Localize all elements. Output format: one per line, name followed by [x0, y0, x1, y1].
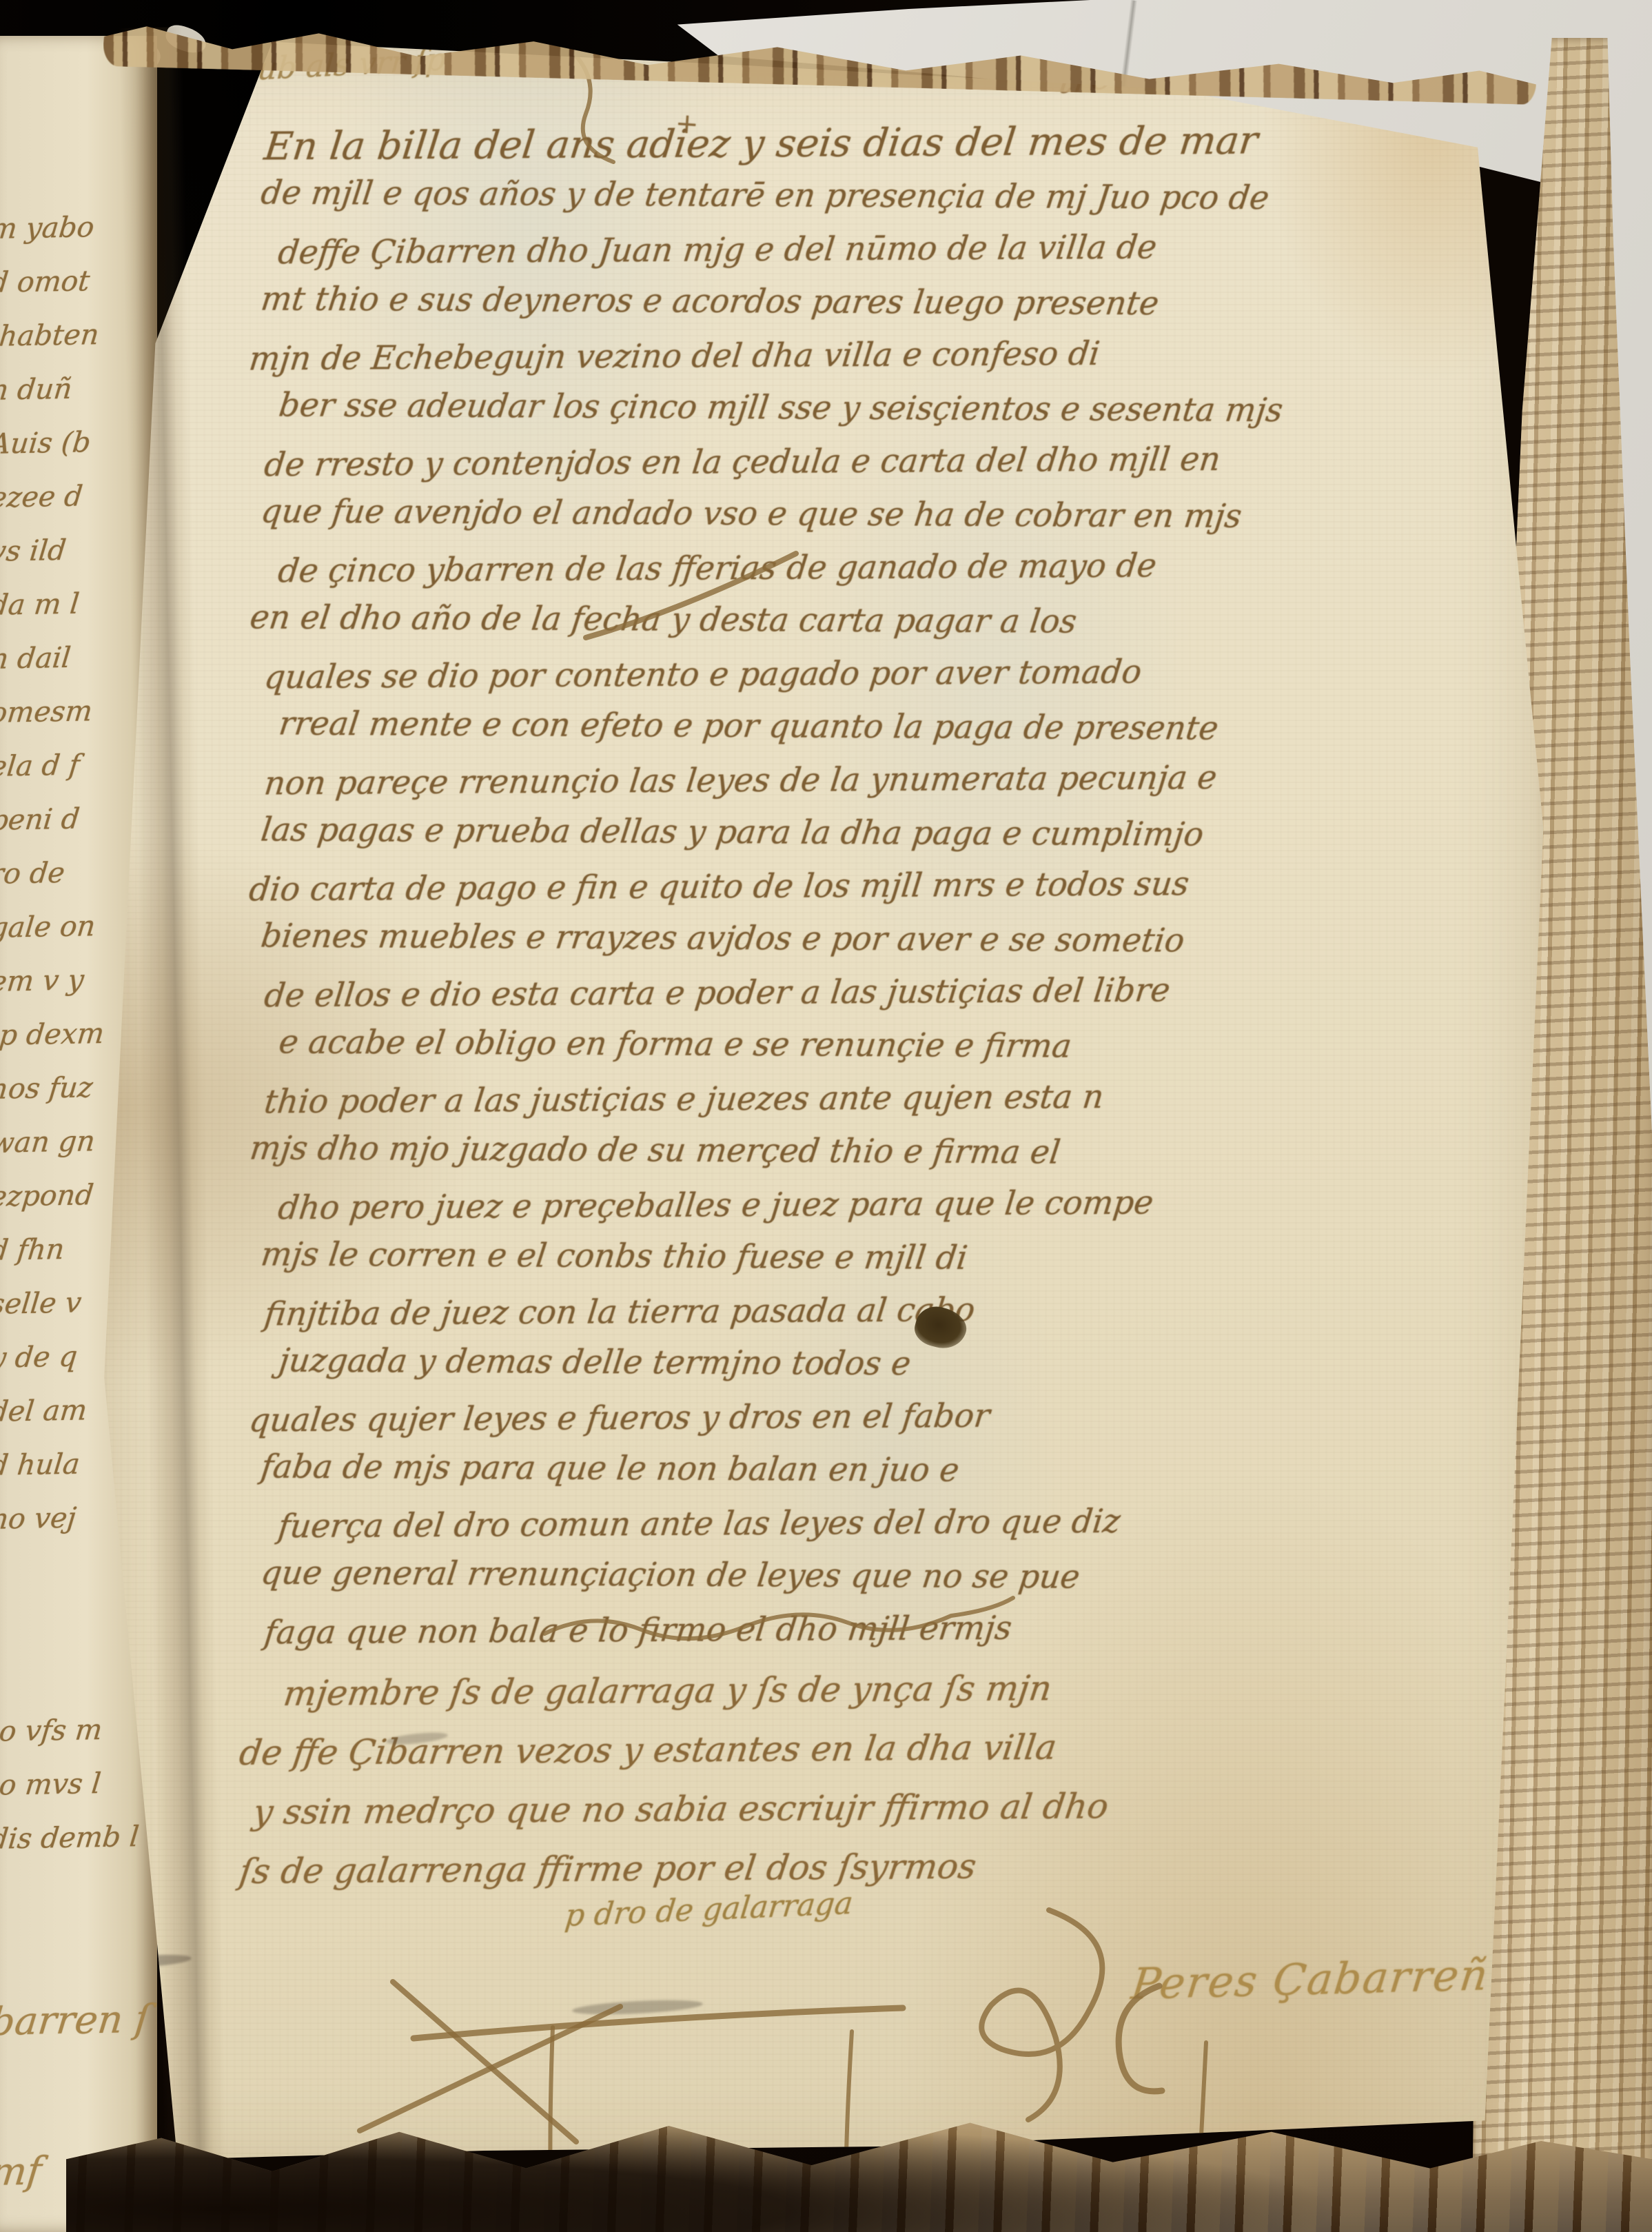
prev-page-text-fragment: ela d f: [0, 750, 157, 781]
prev-page-text-fragment: lo mvs l: [0, 1769, 157, 1800]
prev-page-text-fragment: lhabten: [0, 320, 157, 351]
prev-page-text-fragment: vs ild: [0, 535, 157, 566]
prev-page-text-fragment: lo vfs m: [0, 1715, 157, 1746]
prev-page-signature-fragment: barren ſ: [0, 2000, 157, 2042]
prev-page-text-fragment: d omot: [0, 266, 157, 297]
prev-page-text-fragment: n duñ: [0, 374, 157, 405]
prev-page-text-fragment: dis demb l: [0, 1823, 157, 1854]
prev-page-text-fragment: n dail: [0, 642, 157, 673]
prev-page-text-fragment: omesm: [0, 696, 157, 727]
prev-page-text-fragment: Auis (b: [0, 427, 157, 458]
ink-flourishes: [90, 31, 1551, 2185]
manuscript-photo-canvas: { "document": { "kind_label": "Handwritt…: [0, 0, 1652, 2232]
prev-page-text-fragment: da m l: [0, 589, 157, 620]
manuscript-page: ſub signub als vrr ſp + tro En la billa …: [90, 31, 1551, 2185]
prev-page-text-fragment: ezee d: [0, 481, 157, 512]
prev-page-text-fragment: m yabo: [0, 212, 157, 243]
